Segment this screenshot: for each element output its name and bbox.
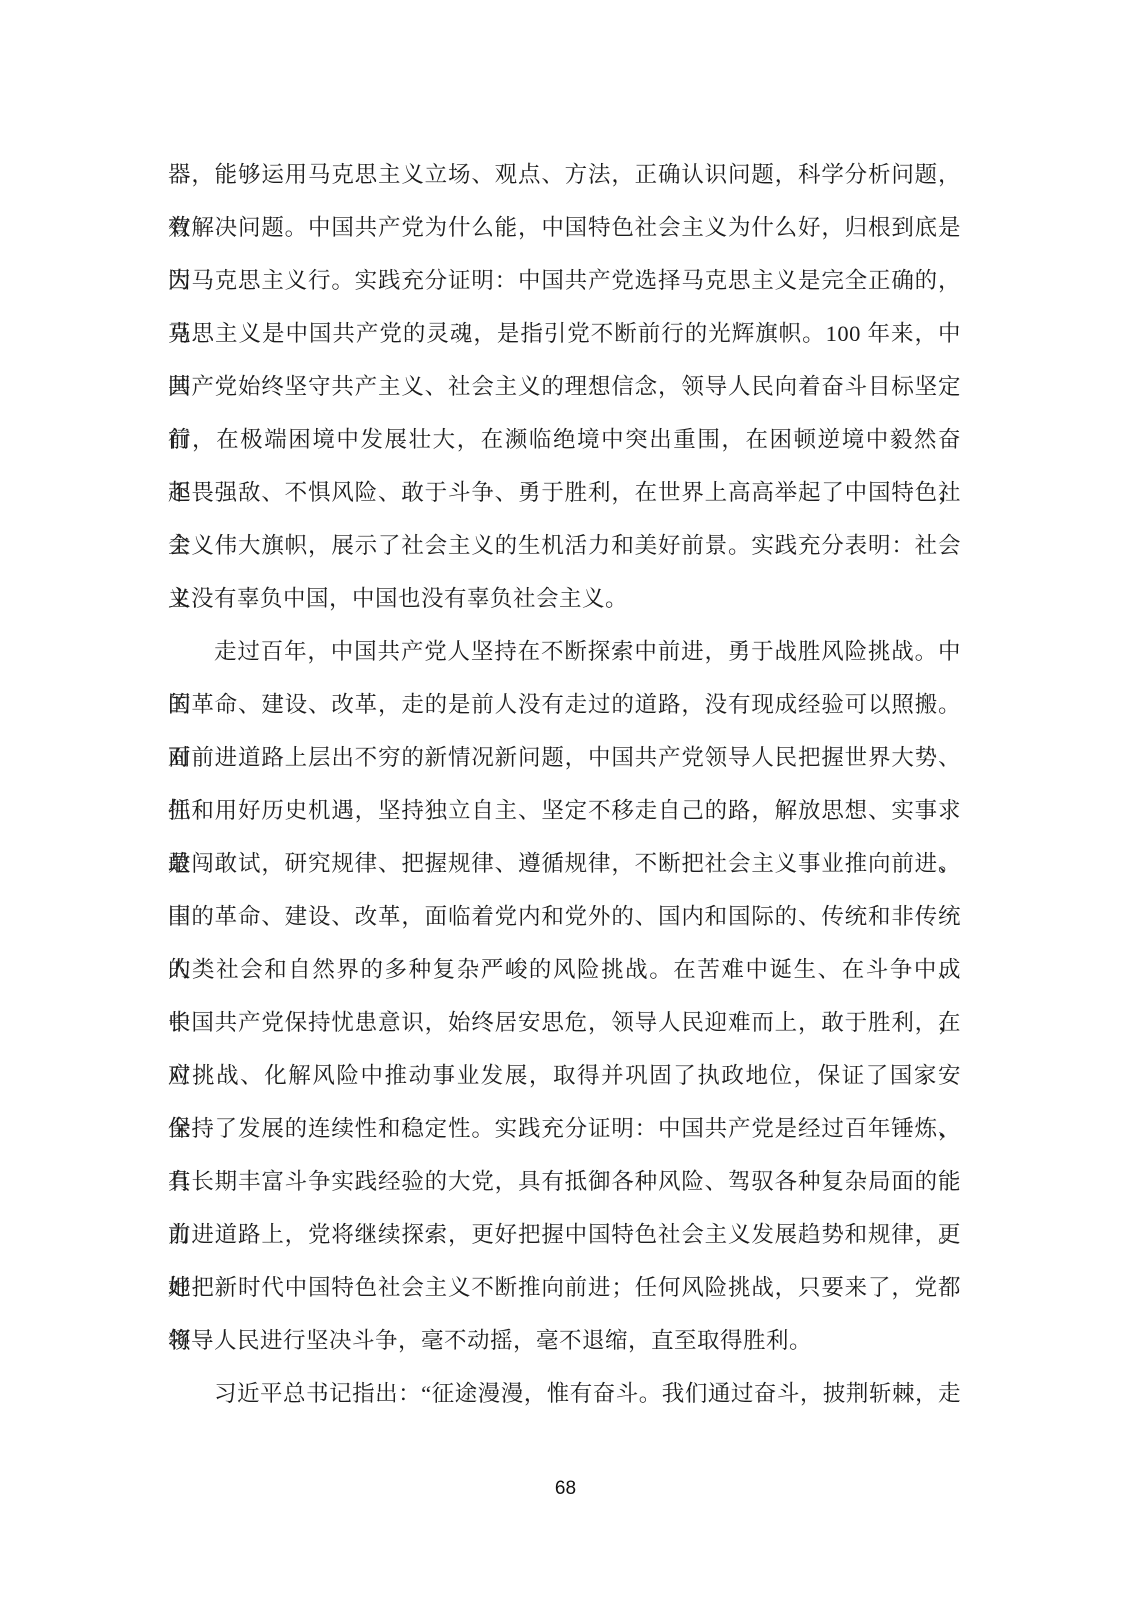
text-line: 走过百年，中国共产党人坚持在不断探索中前进，勇于战胜风险挑战。中国 bbox=[168, 625, 961, 678]
text-line: 克思主义是中国共产党的灵魂，是指引党不断前行的光辉旗帜。100 年来，中国 bbox=[168, 307, 961, 360]
text-line: 住和用好历史机遇，坚持独立自主、坚定不移走自己的路，解放思想、实事求是、 bbox=[168, 784, 961, 837]
document-page: 器，能够运用马克思主义立场、观点、方法，正确认识问题，科学分析问题，有 效解决问… bbox=[0, 0, 1131, 1600]
text-line: 对前进道路上层出不穷的新情况新问题，中国共产党领导人民把握世界大势、抓 bbox=[168, 731, 961, 784]
text-line: 对挑战、化解风险中推动事业发展，取得并巩固了执政地位，保证了国家安全， bbox=[168, 1049, 961, 1102]
text-line: 敢闯敢试，研究规律、把握规律、遵循规律，不断把社会主义事业推向前进。中 bbox=[168, 837, 961, 890]
text-line: 有长期丰富斗争实践经验的大党，具有抵御各种风险、驾驭各种复杂局面的能力。 bbox=[168, 1155, 961, 1208]
text-line: 人类社会和自然界的多种复杂严峻的风险挑战。在苦难中诞生、在斗争中成长， bbox=[168, 943, 961, 996]
body-text: 器，能够运用马克思主义立场、观点、方法，正确认识问题，科学分析问题，有 效解决问… bbox=[168, 148, 961, 1420]
text-line: 行，在极端困境中发展壮大，在濒临绝境中突出重围，在困顿逆境中毅然奋起， bbox=[168, 413, 961, 466]
text-line: 地把新时代中国特色社会主义不断推向前进；任何风险挑战，只要来了，党都将 bbox=[168, 1261, 961, 1314]
text-line: 共产党始终坚守共产主义、社会主义的理想信念，领导人民向着奋斗目标坚定前 bbox=[168, 360, 961, 413]
text-line: 义没有辜负中国，中国也没有辜负社会主义。 bbox=[168, 572, 961, 625]
page-number: 68 bbox=[555, 1478, 576, 1499]
text-line: 的革命、建设、改革，走的是前人没有走过的道路，没有现成经验可以照搬。面 bbox=[168, 678, 961, 731]
text-line: 领导人民进行坚决斗争，毫不动摇，毫不退缩，直至取得胜利。 bbox=[168, 1314, 961, 1367]
text-line: 国的革命、建设、改革，面临着党内和党外的、国内和国际的、传统和非传统的、 bbox=[168, 890, 961, 943]
text-line: 保持了发展的连续性和稳定性。实践充分证明：中国共产党是经过百年锤炼、具 bbox=[168, 1102, 961, 1155]
text-line: 主义伟大旗帜，展示了社会主义的生机活力和美好前景。实践充分表明：社会主 bbox=[168, 519, 961, 572]
paragraph-3: 习近平总书记指出：“征途漫漫，惟有奋斗。我们通过奋斗，披荆斩棘，走 bbox=[168, 1367, 961, 1420]
text-line: 前进道路上，党将继续探索，更好把握中国特色社会主义发展趋势和规律，更好 bbox=[168, 1208, 961, 1261]
paragraph-2: 走过百年，中国共产党人坚持在不断探索中前进，勇于战胜风险挑战。中国 的革命、建设… bbox=[168, 625, 961, 1367]
text-line: 不畏强敌、不惧风险、敢于斗争、勇于胜利，在世界上高高举起了中国特色社会 bbox=[168, 466, 961, 519]
text-line: 为马克思主义行。实践充分证明：中国共产党选择马克思主义是完全正确的，马 bbox=[168, 254, 961, 307]
text-line: 习近平总书记指出：“征途漫漫，惟有奋斗。我们通过奋斗，披荆斩棘，走 bbox=[168, 1367, 961, 1420]
paragraph-1: 器，能够运用马克思主义立场、观点、方法，正确认识问题，科学分析问题，有 效解决问… bbox=[168, 148, 961, 625]
text-line: 中国共产党保持忧患意识，始终居安思危，领导人民迎难而上，敢于胜利，在应 bbox=[168, 996, 961, 1049]
text-line: 效解决问题。中国共产党为什么能，中国特色社会主义为什么好，归根到底是因 bbox=[168, 201, 961, 254]
page-footer: 68 bbox=[0, 1478, 1131, 1500]
text-line: 器，能够运用马克思主义立场、观点、方法，正确认识问题，科学分析问题，有 bbox=[168, 148, 961, 201]
